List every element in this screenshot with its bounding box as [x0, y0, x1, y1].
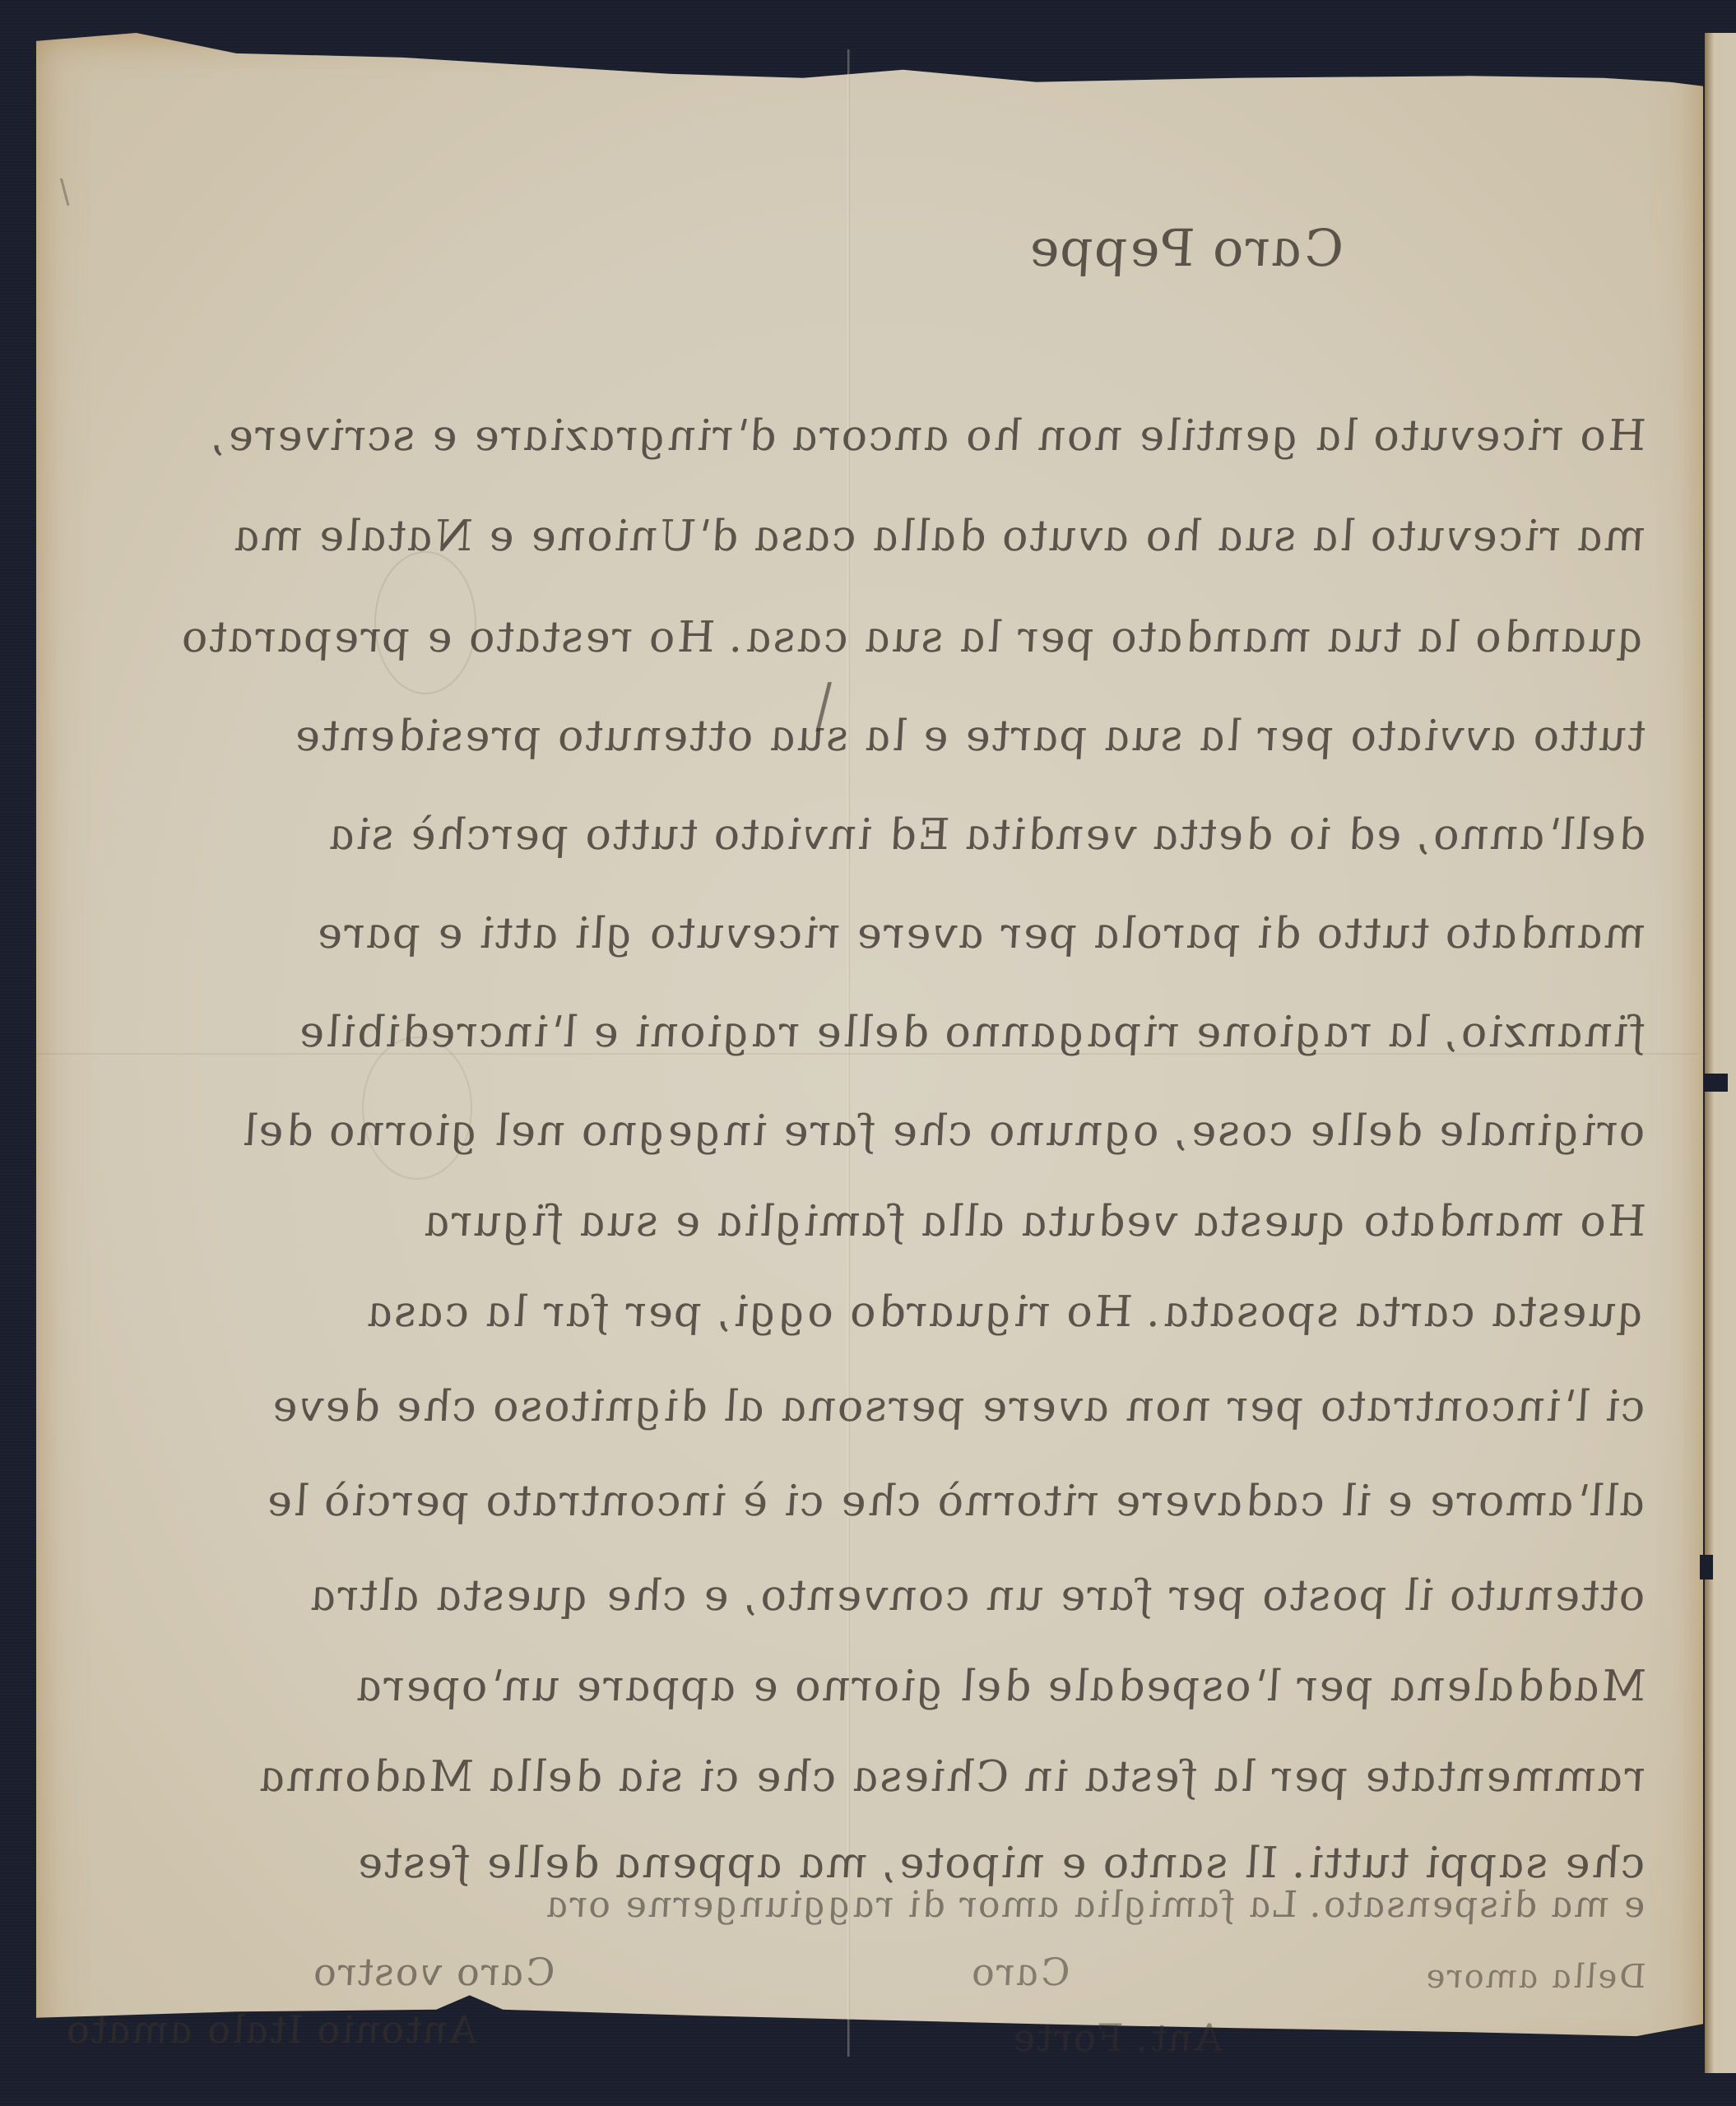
edge-tear: [1700, 1555, 1713, 1579]
body-line: ma ricevuto la sua ho avuto dalla casa d…: [77, 512, 1652, 561]
body-line: ci l'incontrato per non avere persona al…: [77, 1382, 1652, 1431]
closing-right-line-1: Caro: [965, 1950, 1075, 1994]
body-line: Della amore: [1394, 1958, 1650, 1996]
body-line: mandato tutto di parola per avere ricevu…: [77, 909, 1652, 958]
body-line: Ho ricevuto la gentile non ho ancora d'r…: [77, 411, 1652, 461]
adjacent-page-edge: [1705, 33, 1736, 2073]
body-line: Ho mandato questa veduta alla famiglia e…: [77, 1197, 1652, 1246]
body-line: Maddalena per l'ospedale del giorno e ap…: [77, 1662, 1652, 1711]
body-line: originale delle cose, ognuno che fare in…: [77, 1106, 1652, 1156]
letter-salutation: Caro Peppe: [1021, 218, 1351, 278]
body-line: questa carta sposata. Ho riguardo oggi, …: [77, 1287, 1652, 1337]
closing-right-line-2: Ant. Forte: [1006, 2016, 1228, 2060]
body-line: quando la tua mandato per la sua casa. H…: [77, 613, 1652, 662]
body-line: tutto avviato per la sua parte e la sua …: [77, 712, 1652, 761]
body-line: dell'anno, ed io detta vendita Ed inviat…: [77, 810, 1652, 860]
body-line: finanzio, la ragione ripaganno delle rag…: [77, 1008, 1652, 1057]
body-line: che sappi tutti. Il santo e nipote, ma a…: [77, 1839, 1652, 1888]
body-line: rammentate per la festa in Chiesa che ci…: [77, 1752, 1652, 1802]
body-line: ottenuto il posto per fare un convento, …: [77, 1571, 1652, 1621]
closing-left-line-1: Caro vostro: [307, 1950, 560, 1994]
closing-left-line-2: Antonio Italo amato: [60, 2007, 482, 2052]
body-line: all'amore e il cadavere ritornò che ci è…: [77, 1477, 1652, 1526]
edge-tear: [1703, 1074, 1728, 1092]
body-line: e ma dispensato. La famiglia amor di rag…: [77, 1884, 1651, 1926]
